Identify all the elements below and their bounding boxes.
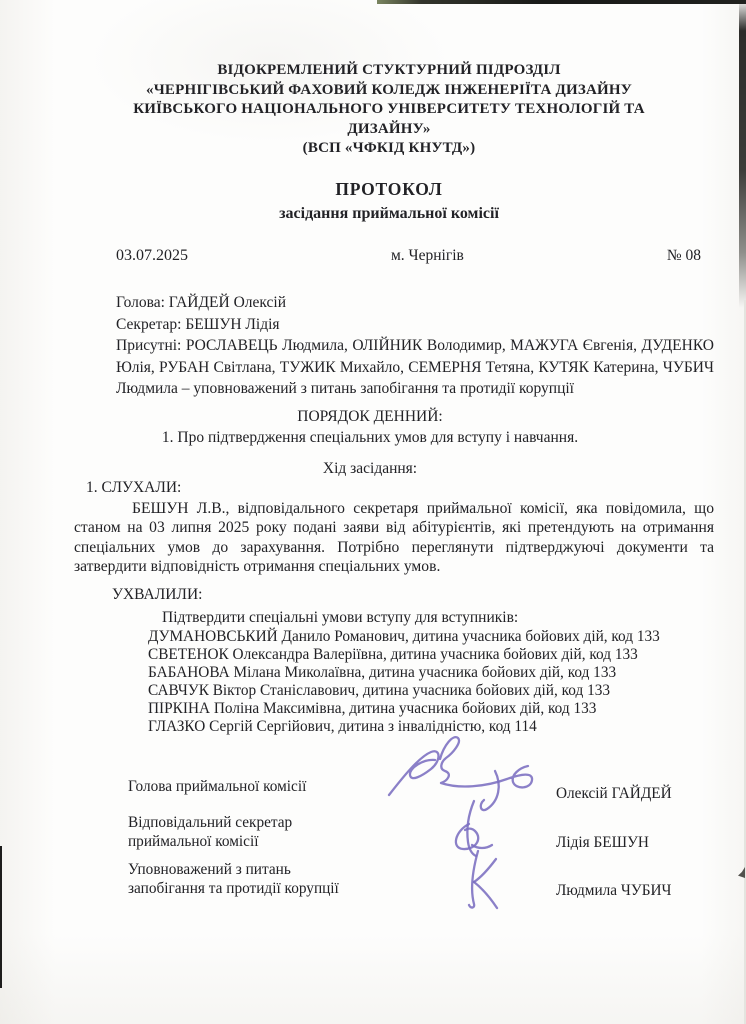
organization-header: ВІДОКРЕМЛЕНИЙ СТУКТУРНИЙ ПІДРОЗДІЛ «ЧЕРН…: [100, 61, 678, 159]
applicant-entry: ГЛАЗКО Сергій Сергійович, дитина з інвал…: [148, 718, 660, 736]
secretary-line: Секретар: БЕШУН Лідія: [116, 314, 714, 336]
resolved-intro: Підтвердити спеціальні умови вступу для …: [162, 609, 518, 627]
chairman-line: Голова: ГАЙДЕЙ Олексій: [116, 292, 714, 314]
org-header-line: ДИЗАЙНУ»: [100, 120, 678, 140]
applicant-entry: ПІРКІНА Поліна Максимівна, дитина учасни…: [148, 700, 660, 718]
resolved-applicants-list: ДУМАНОВСЬКИЙ Данило Романович, дитина уч…: [148, 628, 660, 736]
resolved-section-heading: УХВАЛИЛИ:: [112, 586, 202, 604]
signatory-role-secretary: Відповідальний секретар приймальної комі…: [128, 814, 292, 851]
org-header-line: (ВСП «ЧФКІД КНУТД»): [100, 139, 678, 159]
signatory-role-anticorruption-officer: Уповноважений з питань запобігання та пр…: [128, 861, 339, 898]
attendees-paragraph: Присутні: РОСЛАВЕЦЬ Людмила, ОЛІЙНИК Вол…: [116, 335, 714, 400]
heard-section-paragraph: БЕШУН Л.В., відповідального секретаря пр…: [74, 499, 714, 576]
handwritten-signature-secretary: [438, 797, 508, 867]
scan-artifact-top-edge: [377, 0, 746, 4]
agenda-item: 1. Про підтвердження спеціальних умов дл…: [40, 429, 700, 447]
document-date: 03.07.2025: [116, 247, 188, 265]
meta-row: 03.07.2025 м. Чернігів № 08: [116, 247, 701, 265]
document-title: ПРОТОКОЛ: [100, 179, 678, 200]
org-header-line: «ЧЕРНІГІВСЬКИЙ ФАХОВИЙ КОЛЕДЖ ІНЖЕНЕРІЇТ…: [100, 81, 678, 101]
handwritten-signature-officer: [448, 847, 518, 913]
applicant-entry: ДУМАНОВСЬКИЙ Данило Романович, дитина уч…: [148, 628, 660, 646]
applicant-entry: САВЧУК Віктор Станіславович, дитина учас…: [148, 682, 660, 700]
document-place: м. Чернігів: [391, 247, 464, 265]
scan-artifact-right-edge: [739, 0, 746, 308]
signatory-name-chairman: Олексій ГАЙДЕЙ: [556, 785, 672, 804]
signatory-role-chairman: Голова приймальної комісії: [128, 778, 306, 797]
handwritten-signature-chairman: [383, 729, 551, 821]
applicant-entry: БАБАНОВА Мілана Миколаївна, дитина учасн…: [148, 664, 660, 682]
session-heading: Хід засідання:: [40, 460, 700, 478]
org-header-line: ВІДОКРЕМЛЕНИЙ СТУКТУРНИЙ ПІДРОЗДІЛ: [100, 61, 678, 81]
scan-artifact-left-edge: [0, 846, 2, 988]
document-subtitle: засідання приймальної комісії: [100, 205, 678, 223]
signatory-name-secretary: Лідія БЕШУН: [556, 834, 649, 853]
scanned-protocol-document: ВІДОКРЕМЛЕНИЙ СТУКТУРНИЙ ПІДРОЗДІЛ «ЧЕРН…: [0, 0, 746, 1024]
org-header-line: КИЇВСЬКОГО НАЦІОНАЛЬНОГО УНІВЕРСИТЕТУ ТЕ…: [100, 100, 678, 120]
signatory-name-anticorruption-officer: Людмила ЧУБИЧ: [556, 882, 671, 901]
agenda-heading: ПОРЯДОК ДЕННИЙ:: [40, 408, 700, 426]
applicant-entry: СВЕТЕНОК Олександра Валеріївна, дитина у…: [148, 646, 660, 664]
heard-section-heading: 1. СЛУХАЛИ:: [86, 479, 181, 497]
officials-block: Голова: ГАЙДЕЙ Олексій Секретар: БЕШУН Л…: [116, 292, 714, 400]
document-number: № 08: [667, 247, 701, 265]
scan-artifact-pen-mark: [738, 867, 745, 878]
